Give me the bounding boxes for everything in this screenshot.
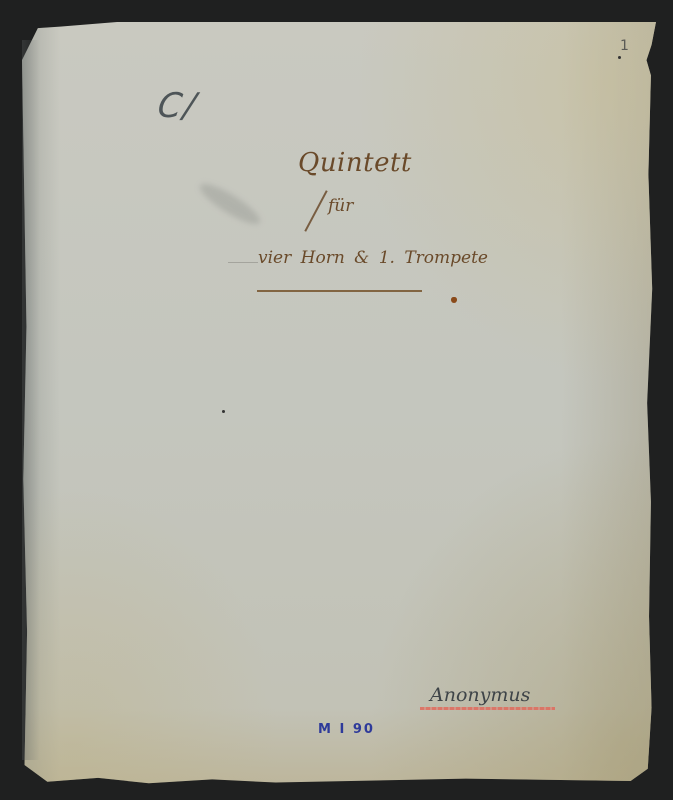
manuscript-sheet (22, 22, 656, 784)
title-quintett: Quintett (298, 148, 412, 178)
attribution-anonymus: Anonymus (430, 684, 530, 706)
speck-mark (222, 410, 225, 413)
ink-blot (451, 297, 457, 303)
title-instrumentation: vier Horn & 1. Trompete (258, 248, 488, 268)
pencil-shelfmark: C/ (155, 86, 200, 126)
speck-mark (618, 56, 621, 59)
library-stamp: M I 90 (318, 722, 375, 737)
red-underline (420, 707, 555, 710)
title-rule (257, 290, 422, 292)
guide-line (228, 262, 258, 263)
folio-number: 1 (620, 38, 629, 54)
title-fur: für (328, 196, 353, 216)
binding-shadow (22, 40, 40, 760)
